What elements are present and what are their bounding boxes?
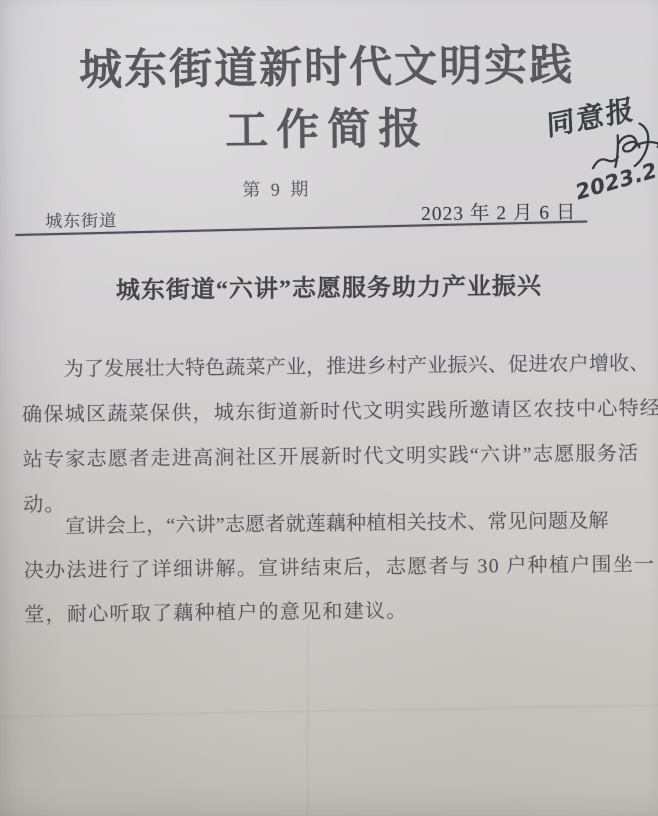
body-line: 站专家志愿者走进高涧社区开展新时代文明实践“六讲”志愿服务活: [22, 432, 644, 484]
paper-crease-vertical: [306, 626, 309, 816]
document-photo: 城东街道新时代文明实践 工作简报 第 9 期 城东街道 2023 年 2 月 6…: [0, 0, 658, 816]
masthead-title-line1: 城东街道新时代文明实践: [0, 31, 656, 99]
body-line: 决办法进行了详细讲解。宣讲结束后，志愿者与 30 户种植户围坐一: [24, 543, 646, 594]
issuer-name: 城东街道: [45, 206, 117, 232]
body-line: 确保城区蔬菜保供，城东街道新时代文明实践所邀请区农技中心特经: [22, 387, 644, 439]
body-line: 为了发展壮大特色蔬菜产业，推进乡村产业振兴、促进农户增收、: [21, 342, 643, 394]
article-title: 城东街道“六讲”志愿服务助力产业振兴: [0, 265, 658, 307]
body-line: 堂，耐心听取了藕种植户的意见和建议。: [24, 587, 646, 638]
paragraph-2: 宣讲会上，“六讲”志愿者就莲藕种植相关技术、常见问题及解 决办法进行了详细讲解。…: [23, 499, 646, 638]
body-line: 宣讲会上，“六讲”志愿者就莲藕种植相关技术、常见问题及解: [23, 499, 645, 550]
